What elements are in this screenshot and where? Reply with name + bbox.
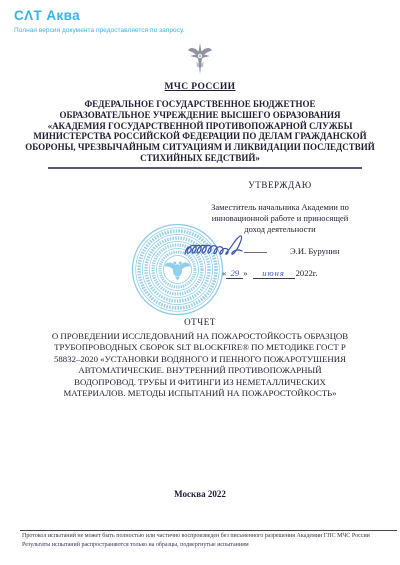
header-divider <box>48 167 362 169</box>
report-heading: ОТЧЕТ <box>0 317 400 327</box>
document-page: СΛТ Аква Полная версия документа предост… <box>0 0 400 565</box>
date-year: 2022г. <box>296 268 318 278</box>
full-version-note: Полная версия документа предоставляется … <box>14 27 184 34</box>
date-month: июня <box>253 268 295 279</box>
mchs-emblem-icon <box>187 43 213 77</box>
ministry-title: МЧС РОССИИ <box>0 82 400 92</box>
approver-name: Э.И. Бурунин <box>290 246 340 256</box>
approval-heading: УТВЕРЖДАЮ <box>180 180 380 190</box>
report-title: О ПРОВЕДЕНИИ ИССЛЕДОВАНИЙ НА ПОЖАРОСТОЙК… <box>15 331 385 400</box>
footer-notes: Протокол испытаний не может быть полност… <box>22 532 394 551</box>
footer-note-1: Протокол испытаний не может быть полност… <box>22 532 394 541</box>
footer-divider <box>20 530 397 531</box>
approval-date: «29»июня2022г. <box>222 268 318 279</box>
date-day: 29 <box>226 268 243 279</box>
sat-aqua-logo: СΛТ Аква <box>14 8 80 23</box>
quote-close: » <box>243 268 247 278</box>
city-year: Москва 2022 <box>0 489 400 499</box>
footer-note-2: Результаты испытаний распространяются то… <box>22 541 394 550</box>
handwritten-signature-icon <box>182 233 287 263</box>
institution-name: ФЕДЕРАЛЬНОЕ ГОСУДАРСТВЕННОЕ БЮДЖЕТНОЕ ОБ… <box>15 99 385 164</box>
